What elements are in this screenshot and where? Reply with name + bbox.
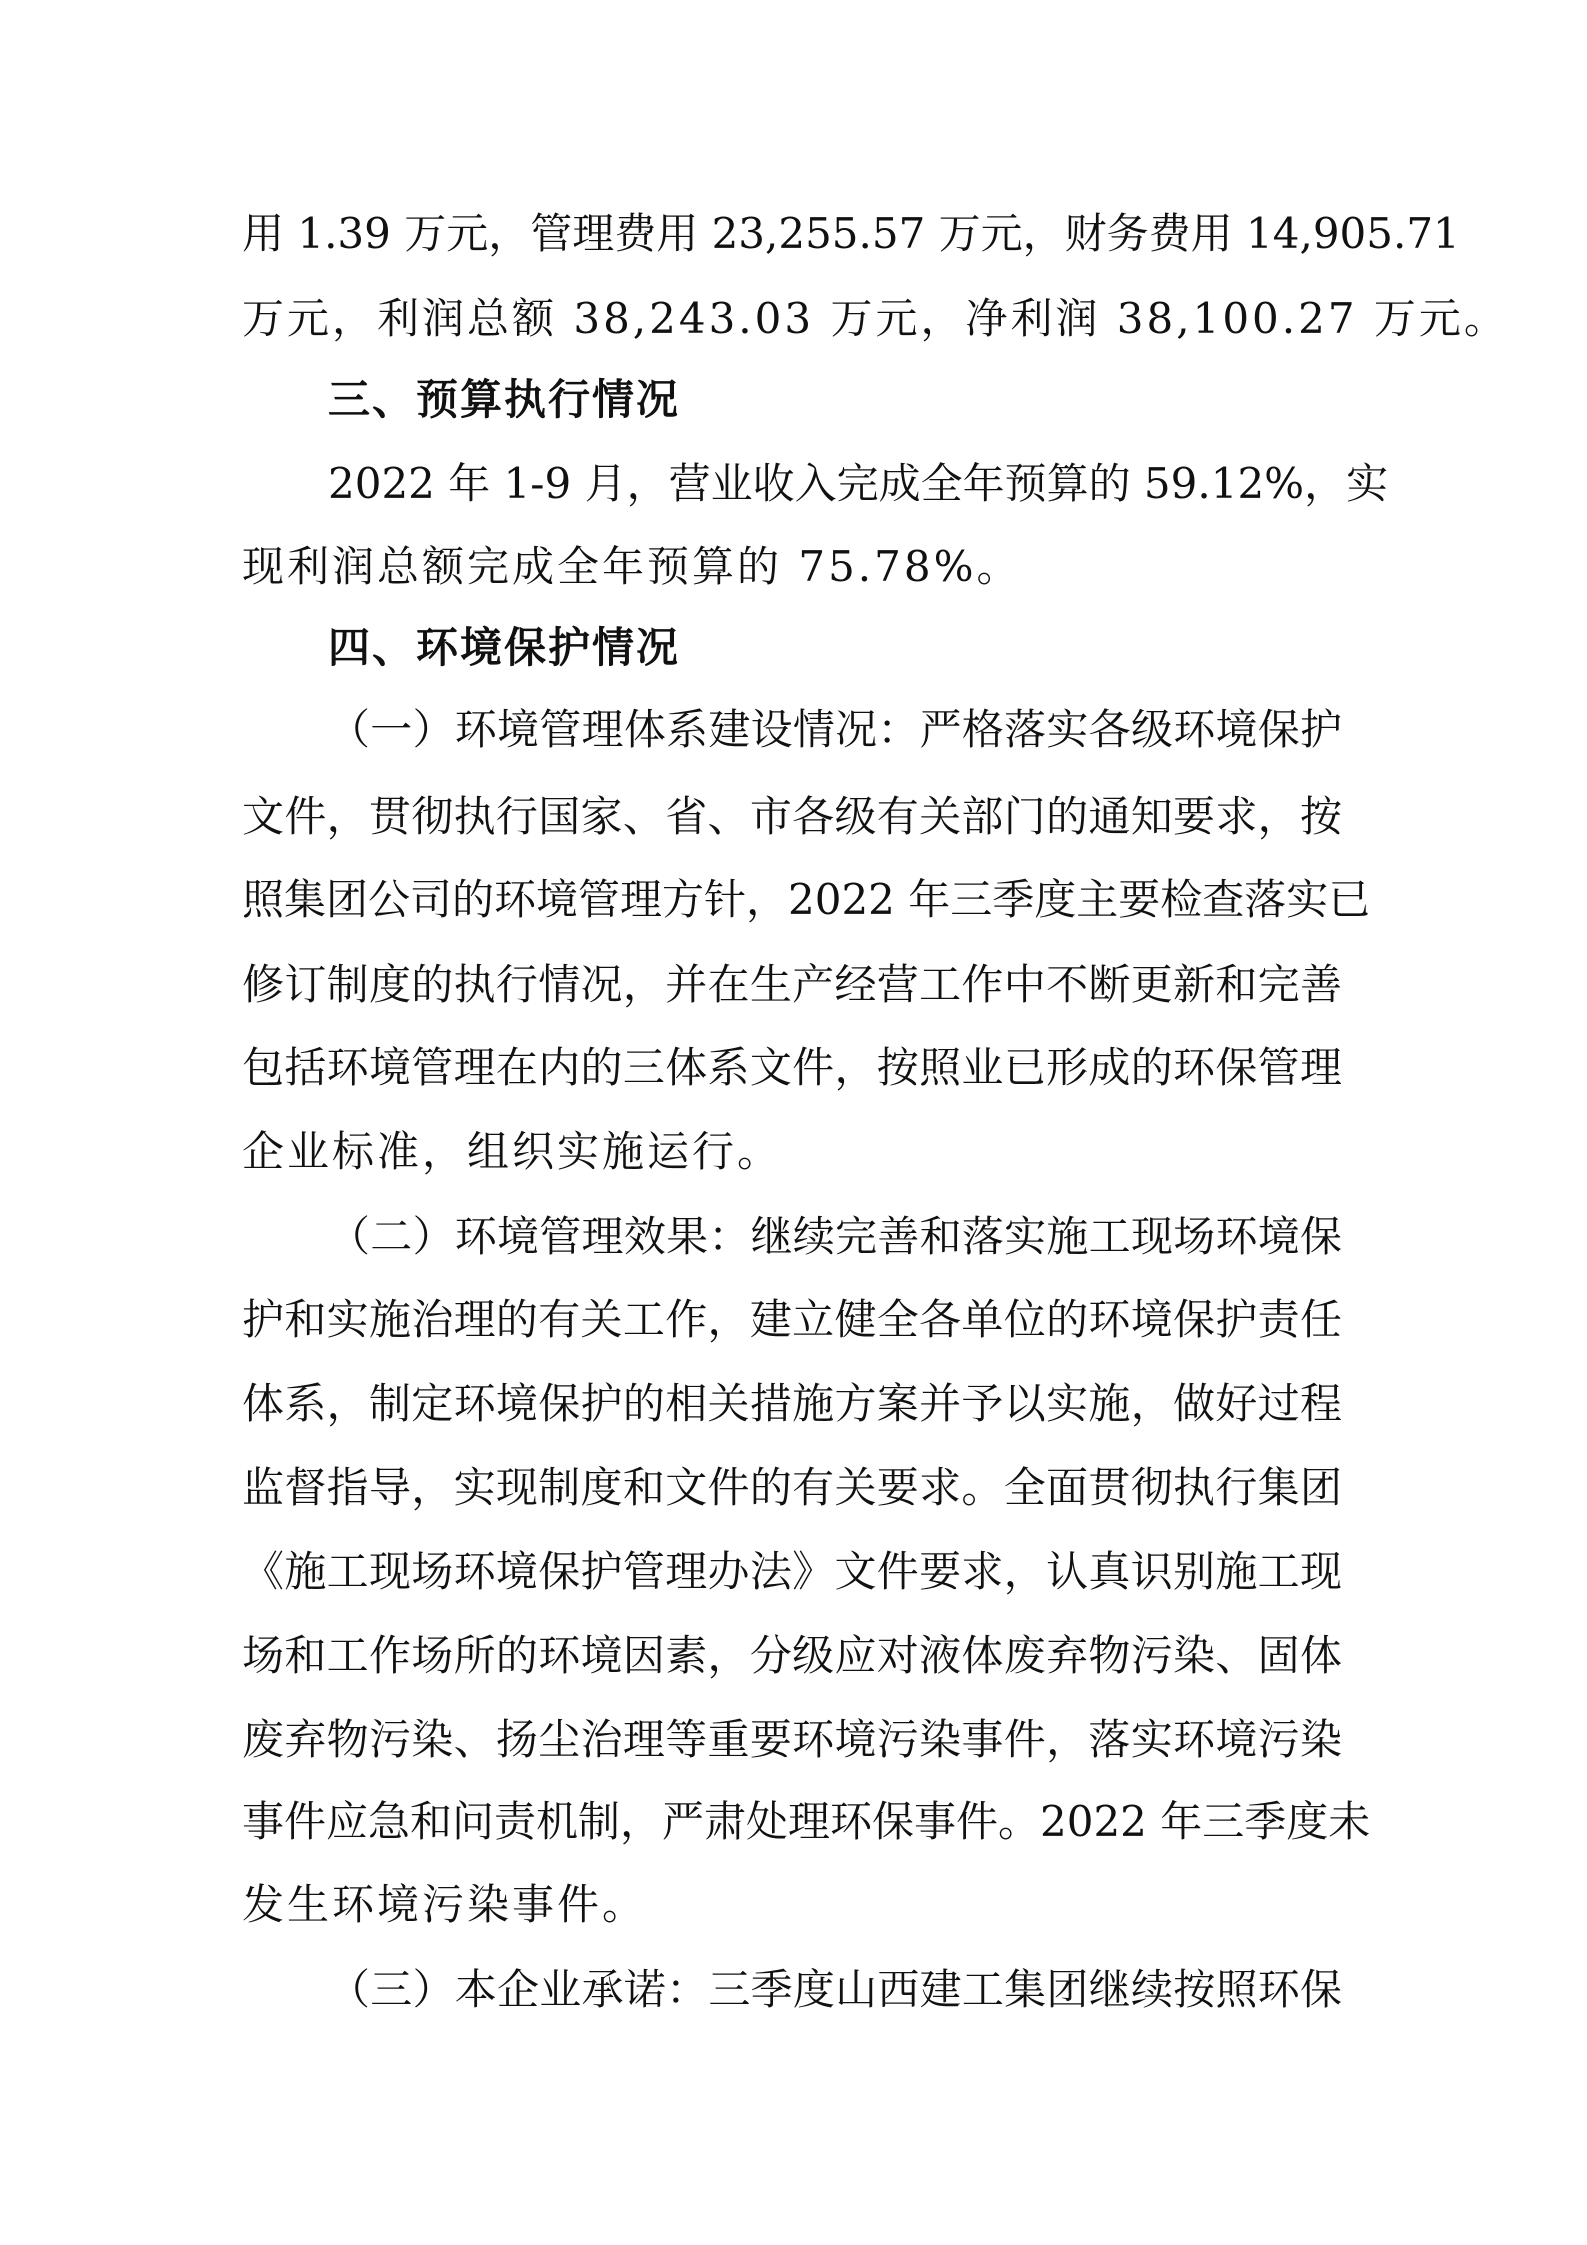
paragraph-line: （二）环境管理效果：继续完善和落实施工现场环境保 [328, 1207, 1342, 1267]
paragraph-line: 照集团公司的环境管理方针，2022 年三季度主要检查落实已 [242, 870, 1342, 930]
paragraph-line: 文件，贯彻执行国家、省、市各级有关部门的通知要求，按 [242, 787, 1342, 847]
section-heading-budget: 三、预算执行情况 [328, 370, 680, 430]
paragraph-line: 用 1.39 万元，管理费用 23,255.57 万元，财务费用 14,905.… [242, 204, 1342, 264]
paragraph-line: 场和工作场所的环境因素，分级应对液体废弃物污染、固体 [242, 1626, 1342, 1686]
paragraph-line: 企业标准，组织实施运行。 [242, 1122, 1342, 1182]
paragraph-line: 《施工现场环境保护管理办法》文件要求，认真识别施工现 [242, 1542, 1342, 1602]
paragraph-line: 护和实施治理的有关工作，建立健全各单位的环境保护责任 [242, 1290, 1342, 1350]
paragraph-line: 事件应急和问责机制，严肃处理环保事件。2022 年三季度未 [242, 1792, 1342, 1852]
paragraph-line: 包括环境管理在内的三体系文件，按照业已形成的环保管理 [242, 1038, 1342, 1098]
paragraph-line: 现利润总额完成全年预算的 75.78%。 [242, 537, 1342, 597]
paragraph-line: 2022 年 1-9 月，营业收入完成全年预算的 59.12%，实 [328, 454, 1342, 514]
paragraph-line: 监督指导，实现制度和文件的有关要求。全面贯彻执行集团 [242, 1458, 1342, 1518]
paragraph-line: （三）本企业承诺：三季度山西建工集团继续按照环保 [328, 1960, 1342, 2020]
paragraph-line: 体系，制定环境保护的相关措施方案并予以实施，做好过程 [242, 1374, 1342, 1434]
section-heading-environment: 四、环境保护情况 [328, 618, 680, 678]
paragraph-line: 万元，利润总额 38,243.03 万元，净利润 38,100.27 万元。 [242, 289, 1342, 349]
paragraph-line: 废弃物污染、扬尘治理等重要环境污染事件，落实环境污染 [242, 1710, 1342, 1770]
paragraph-line: 修订制度的执行情况，并在生产经营工作中不断更新和完善 [242, 955, 1342, 1015]
paragraph-line: 发生环境污染事件。 [242, 1875, 1342, 1935]
paragraph-line: （一）环境管理体系建设情况：严格落实各级环境保护 [328, 700, 1342, 760]
document-page: 用 1.39 万元，管理费用 23,255.57 万元，财务费用 14,905.… [0, 0, 1587, 2245]
